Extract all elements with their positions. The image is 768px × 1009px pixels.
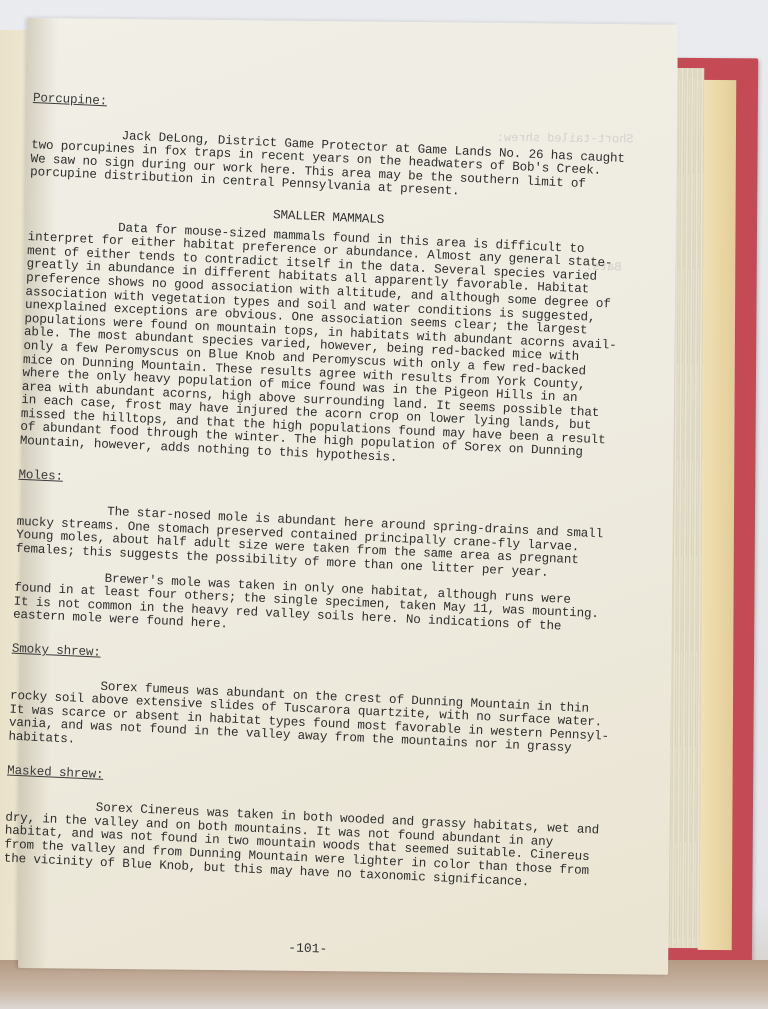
paragraph-smaller-mammals: Data for mouse-sized mammals found in th…: [20, 218, 648, 477]
typewritten-body: Porcupine: Jack DeLong, District Game Pr…: [4, 92, 653, 894]
document-page: Short-tailed shrew: Bats: Porcupine: Jac…: [18, 18, 678, 975]
page-number: -101-: [288, 940, 327, 956]
